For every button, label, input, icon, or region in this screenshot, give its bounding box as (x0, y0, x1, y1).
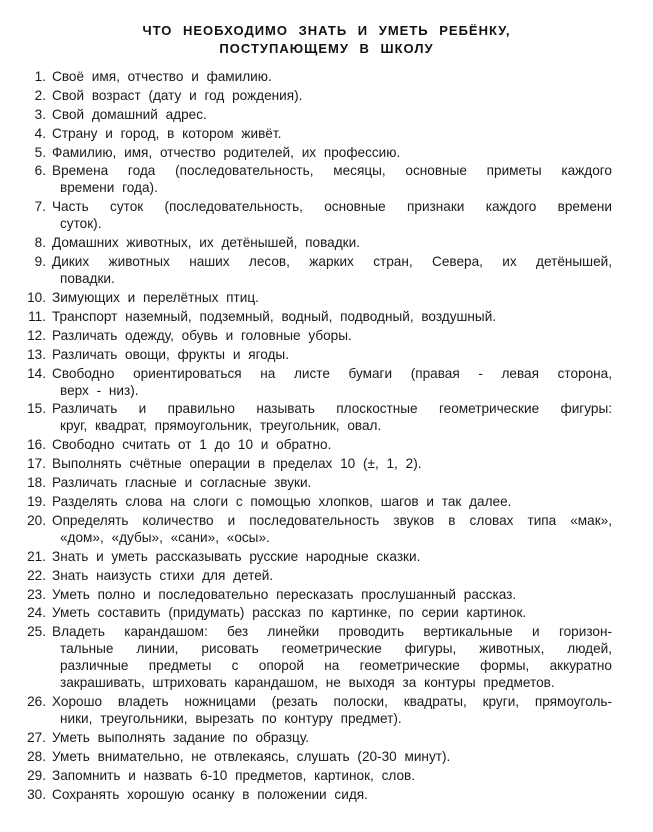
list-item: 17.Выполнять счётные операции в пределах… (22, 455, 612, 472)
item-number: 8. (22, 234, 52, 251)
document-title: ЧТО НЕОБХОДИМО ЗНАТЬ И УМЕТЬ РЕБЁНКУ, ПО… (0, 22, 653, 58)
item-text-line: ники, треугольники, вырезать по контуру … (52, 710, 612, 727)
item-number: 12. (22, 327, 52, 344)
item-text: Разделять слова на слоги с помощью хлопк… (52, 493, 612, 510)
item-text-line: Различать овощи, фрукты и ягоды. (52, 347, 289, 362)
item-text-line: Разделять слова на слоги с помощью хлопк… (52, 494, 511, 509)
item-number: 16. (22, 436, 52, 453)
item-number: 5. (22, 144, 52, 161)
item-number: 11. (22, 308, 52, 325)
item-text: Различать гласные и согласные звуки. (52, 474, 612, 491)
list-item: 28.Уметь внимательно, не отвлекаясь, слу… (22, 748, 612, 765)
item-text-line: Определять количество и последовательнос… (52, 512, 612, 529)
item-number: 25. (22, 623, 52, 691)
item-number: 23. (22, 586, 52, 603)
list-item: 24.Уметь составить (придумать) рассказ п… (22, 604, 612, 621)
item-text: Уметь выполнять задание по образцу. (52, 729, 612, 746)
item-text-line: Свободно считать от 1 до 10 и обратно. (52, 437, 331, 452)
item-text-line: Зимующих и перелётных птиц. (52, 290, 259, 305)
item-text: Свой домашний адрес. (52, 106, 612, 123)
item-text: Выполнять счётные операции в пределах 10… (52, 455, 612, 472)
item-number: 4. (22, 125, 52, 142)
item-number: 17. (22, 455, 52, 472)
item-text: Свободно считать от 1 до 10 и обратно. (52, 436, 612, 453)
list-item: 5.Фамилию, имя, отчество родителей, их п… (22, 144, 612, 161)
item-text-line: Свой возраст (дату и год рождения). (52, 88, 302, 103)
item-text: Свободно ориентироваться на листе бумаги… (52, 365, 612, 399)
list-item: 8.Домашних животных, их детёнышей, повад… (22, 234, 612, 251)
list-item: 2.Свой возраст (дату и год рождения). (22, 87, 612, 104)
item-text: Зимующих и перелётных птиц. (52, 289, 612, 306)
list-item: 11.Транспорт наземный, подземный, водный… (22, 308, 612, 325)
item-text: Своё имя, отчество и фамилию. (52, 68, 612, 85)
item-number: 18. (22, 474, 52, 491)
item-text: Хорошо владеть ножницами (резать полоски… (52, 693, 612, 727)
item-text-line: «дом», «дубы», «сани», «осы». (52, 529, 612, 546)
list-item: 23.Уметь полно и последовательно переска… (22, 586, 612, 603)
item-number: 22. (22, 567, 52, 584)
item-text: Времена года (последовательность, месяцы… (52, 162, 612, 196)
list-item: 12.Различать одежду, обувь и головные уб… (22, 327, 612, 344)
item-number: 1. (22, 68, 52, 85)
list-item: 13.Различать овощи, фрукты и ягоды. (22, 346, 612, 363)
item-number: 19. (22, 493, 52, 510)
requirements-list: 1.Своё имя, отчество и фамилию.2.Свой во… (22, 68, 612, 805)
item-number: 30. (22, 786, 52, 803)
item-text-line: Уметь полно и последовательно пересказат… (52, 587, 516, 602)
list-item: 29.Запомнить и назвать 6-10 предметов, к… (22, 767, 612, 784)
item-text-line: Различать одежду, обувь и головные уборы… (52, 328, 352, 343)
list-item: 6.Времена года (последовательность, меся… (22, 162, 612, 196)
list-item: 9.Диких животных наших лесов, жарких стр… (22, 253, 612, 287)
item-number: 27. (22, 729, 52, 746)
item-text-line: Хорошо владеть ножницами (резать полоски… (52, 693, 612, 710)
list-item: 14.Свободно ориентироваться на листе бум… (22, 365, 612, 399)
item-text-line: тальные линии, рисовать геометрические ф… (52, 640, 612, 657)
item-text-line: Сохранять хорошую осанку в положении сид… (52, 787, 368, 802)
item-text-line: Домашних животных, их детёнышей, повадки… (52, 235, 360, 250)
list-item: 26.Хорошо владеть ножницами (резать поло… (22, 693, 612, 727)
list-item: 27.Уметь выполнять задание по образцу. (22, 729, 612, 746)
item-text: Сохранять хорошую осанку в положении сид… (52, 786, 612, 803)
item-text-line: Транспорт наземный, подземный, водный, п… (52, 309, 496, 324)
list-item: 1.Своё имя, отчество и фамилию. (22, 68, 612, 85)
item-number: 29. (22, 767, 52, 784)
item-number: 14. (22, 365, 52, 399)
list-item: 18.Различать гласные и согласные звуки. (22, 474, 612, 491)
title-line-2: ПОСТУПАЮЩЕМУ В ШКОЛУ (0, 40, 653, 58)
item-text-line: Запомнить и назвать 6-10 предметов, карт… (52, 768, 415, 783)
item-text: Уметь составить (придумать) рассказ по к… (52, 604, 612, 621)
item-text-line: круг, квадрат, прямоугольник, треугольни… (52, 417, 612, 434)
list-item: 21.Знать и уметь рассказывать русские на… (22, 548, 612, 565)
item-number: 15. (22, 400, 52, 434)
item-text-line: Своё имя, отчество и фамилию. (52, 69, 272, 84)
item-text: Транспорт наземный, подземный, водный, п… (52, 308, 612, 325)
item-text-line: Времена года (последовательность, месяцы… (52, 162, 612, 179)
list-item: 22.Знать наизусть стихи для детей. (22, 567, 612, 584)
item-number: 7. (22, 198, 52, 232)
list-item: 25.Владеть карандашом: без линейки прово… (22, 623, 612, 691)
item-text-line: Фамилию, имя, отчество родителей, их про… (52, 145, 400, 160)
item-text-line: Диких животных наших лесов, жарких стран… (52, 253, 612, 270)
item-number: 21. (22, 548, 52, 565)
list-item: 16.Свободно считать от 1 до 10 и обратно… (22, 436, 612, 453)
item-number: 13. (22, 346, 52, 363)
list-item: 15.Различать и правильно называть плоско… (22, 400, 612, 434)
item-text: Домашних животных, их детёнышей, повадки… (52, 234, 612, 251)
item-number: 6. (22, 162, 52, 196)
list-item: 4.Страну и город, в котором живёт. (22, 125, 612, 142)
item-number: 20. (22, 512, 52, 546)
item-text-line: закрашивать, штриховать карандашом, не в… (52, 674, 612, 691)
item-number: 26. (22, 693, 52, 727)
item-number: 3. (22, 106, 52, 123)
item-number: 10. (22, 289, 52, 306)
list-item: 7.Часть суток (последовательность, основ… (22, 198, 612, 232)
item-text-line: Часть суток (последовательность, основны… (52, 198, 612, 215)
item-text: Страну и город, в котором живёт. (52, 125, 612, 142)
item-text: Часть суток (последовательность, основны… (52, 198, 612, 232)
item-text: Знать и уметь рассказывать русские народ… (52, 548, 612, 565)
item-text-line: Знать и уметь рассказывать русские народ… (52, 549, 420, 564)
list-item: 19.Разделять слова на слоги с помощью хл… (22, 493, 612, 510)
item-text: Уметь полно и последовательно пересказат… (52, 586, 612, 603)
title-line-1: ЧТО НЕОБХОДИМО ЗНАТЬ И УМЕТЬ РЕБЁНКУ, (0, 22, 653, 40)
item-text: Фамилию, имя, отчество родителей, их про… (52, 144, 612, 161)
item-text: Определять количество и последовательнос… (52, 512, 612, 546)
item-number: 28. (22, 748, 52, 765)
item-text: Владеть карандашом: без линейки проводит… (52, 623, 612, 691)
item-text-line: Уметь внимательно, не отвлекаясь, слушат… (52, 749, 450, 764)
item-text: Уметь внимательно, не отвлекаясь, слушат… (52, 748, 612, 765)
item-text-line: Выполнять счётные операции в пределах 10… (52, 456, 422, 471)
item-text: Свой возраст (дату и год рождения). (52, 87, 612, 104)
item-number: 24. (22, 604, 52, 621)
item-text-line: Владеть карандашом: без линейки проводит… (52, 623, 612, 640)
item-text-line: повадки. (52, 270, 612, 287)
item-text-line: Страну и город, в котором живёт. (52, 126, 281, 141)
item-text-line: верх - низ). (52, 382, 612, 399)
item-text-line: Различать гласные и согласные звуки. (52, 475, 311, 490)
item-number: 2. (22, 87, 52, 104)
item-text-line: Свой домашний адрес. (52, 107, 207, 122)
item-text: Различать одежду, обувь и головные уборы… (52, 327, 612, 344)
item-text-line: различные предметы с опорой на геометрич… (52, 657, 612, 674)
item-text: Запомнить и назвать 6-10 предметов, карт… (52, 767, 612, 784)
item-text: Знать наизусть стихи для детей. (52, 567, 612, 584)
item-text-line: Уметь выполнять задание по образцу. (52, 730, 309, 745)
item-text-line: суток). (52, 215, 612, 232)
item-number: 9. (22, 253, 52, 287)
list-item: 30.Сохранять хорошую осанку в положении … (22, 786, 612, 803)
list-item: 3.Свой домашний адрес. (22, 106, 612, 123)
item-text-line: Знать наизусть стихи для детей. (52, 568, 273, 583)
item-text: Диких животных наших лесов, жарких стран… (52, 253, 612, 287)
item-text-line: Свободно ориентироваться на листе бумаги… (52, 365, 612, 382)
list-item: 10.Зимующих и перелётных птиц. (22, 289, 612, 306)
list-item: 20.Определять количество и последователь… (22, 512, 612, 546)
item-text: Различать и правильно называть плоскостн… (52, 400, 612, 434)
item-text-line: Уметь составить (придумать) рассказ по к… (52, 605, 526, 620)
item-text-line: времени года). (52, 179, 612, 196)
item-text-line: Различать и правильно называть плоскостн… (52, 400, 612, 417)
item-text: Различать овощи, фрукты и ягоды. (52, 346, 612, 363)
